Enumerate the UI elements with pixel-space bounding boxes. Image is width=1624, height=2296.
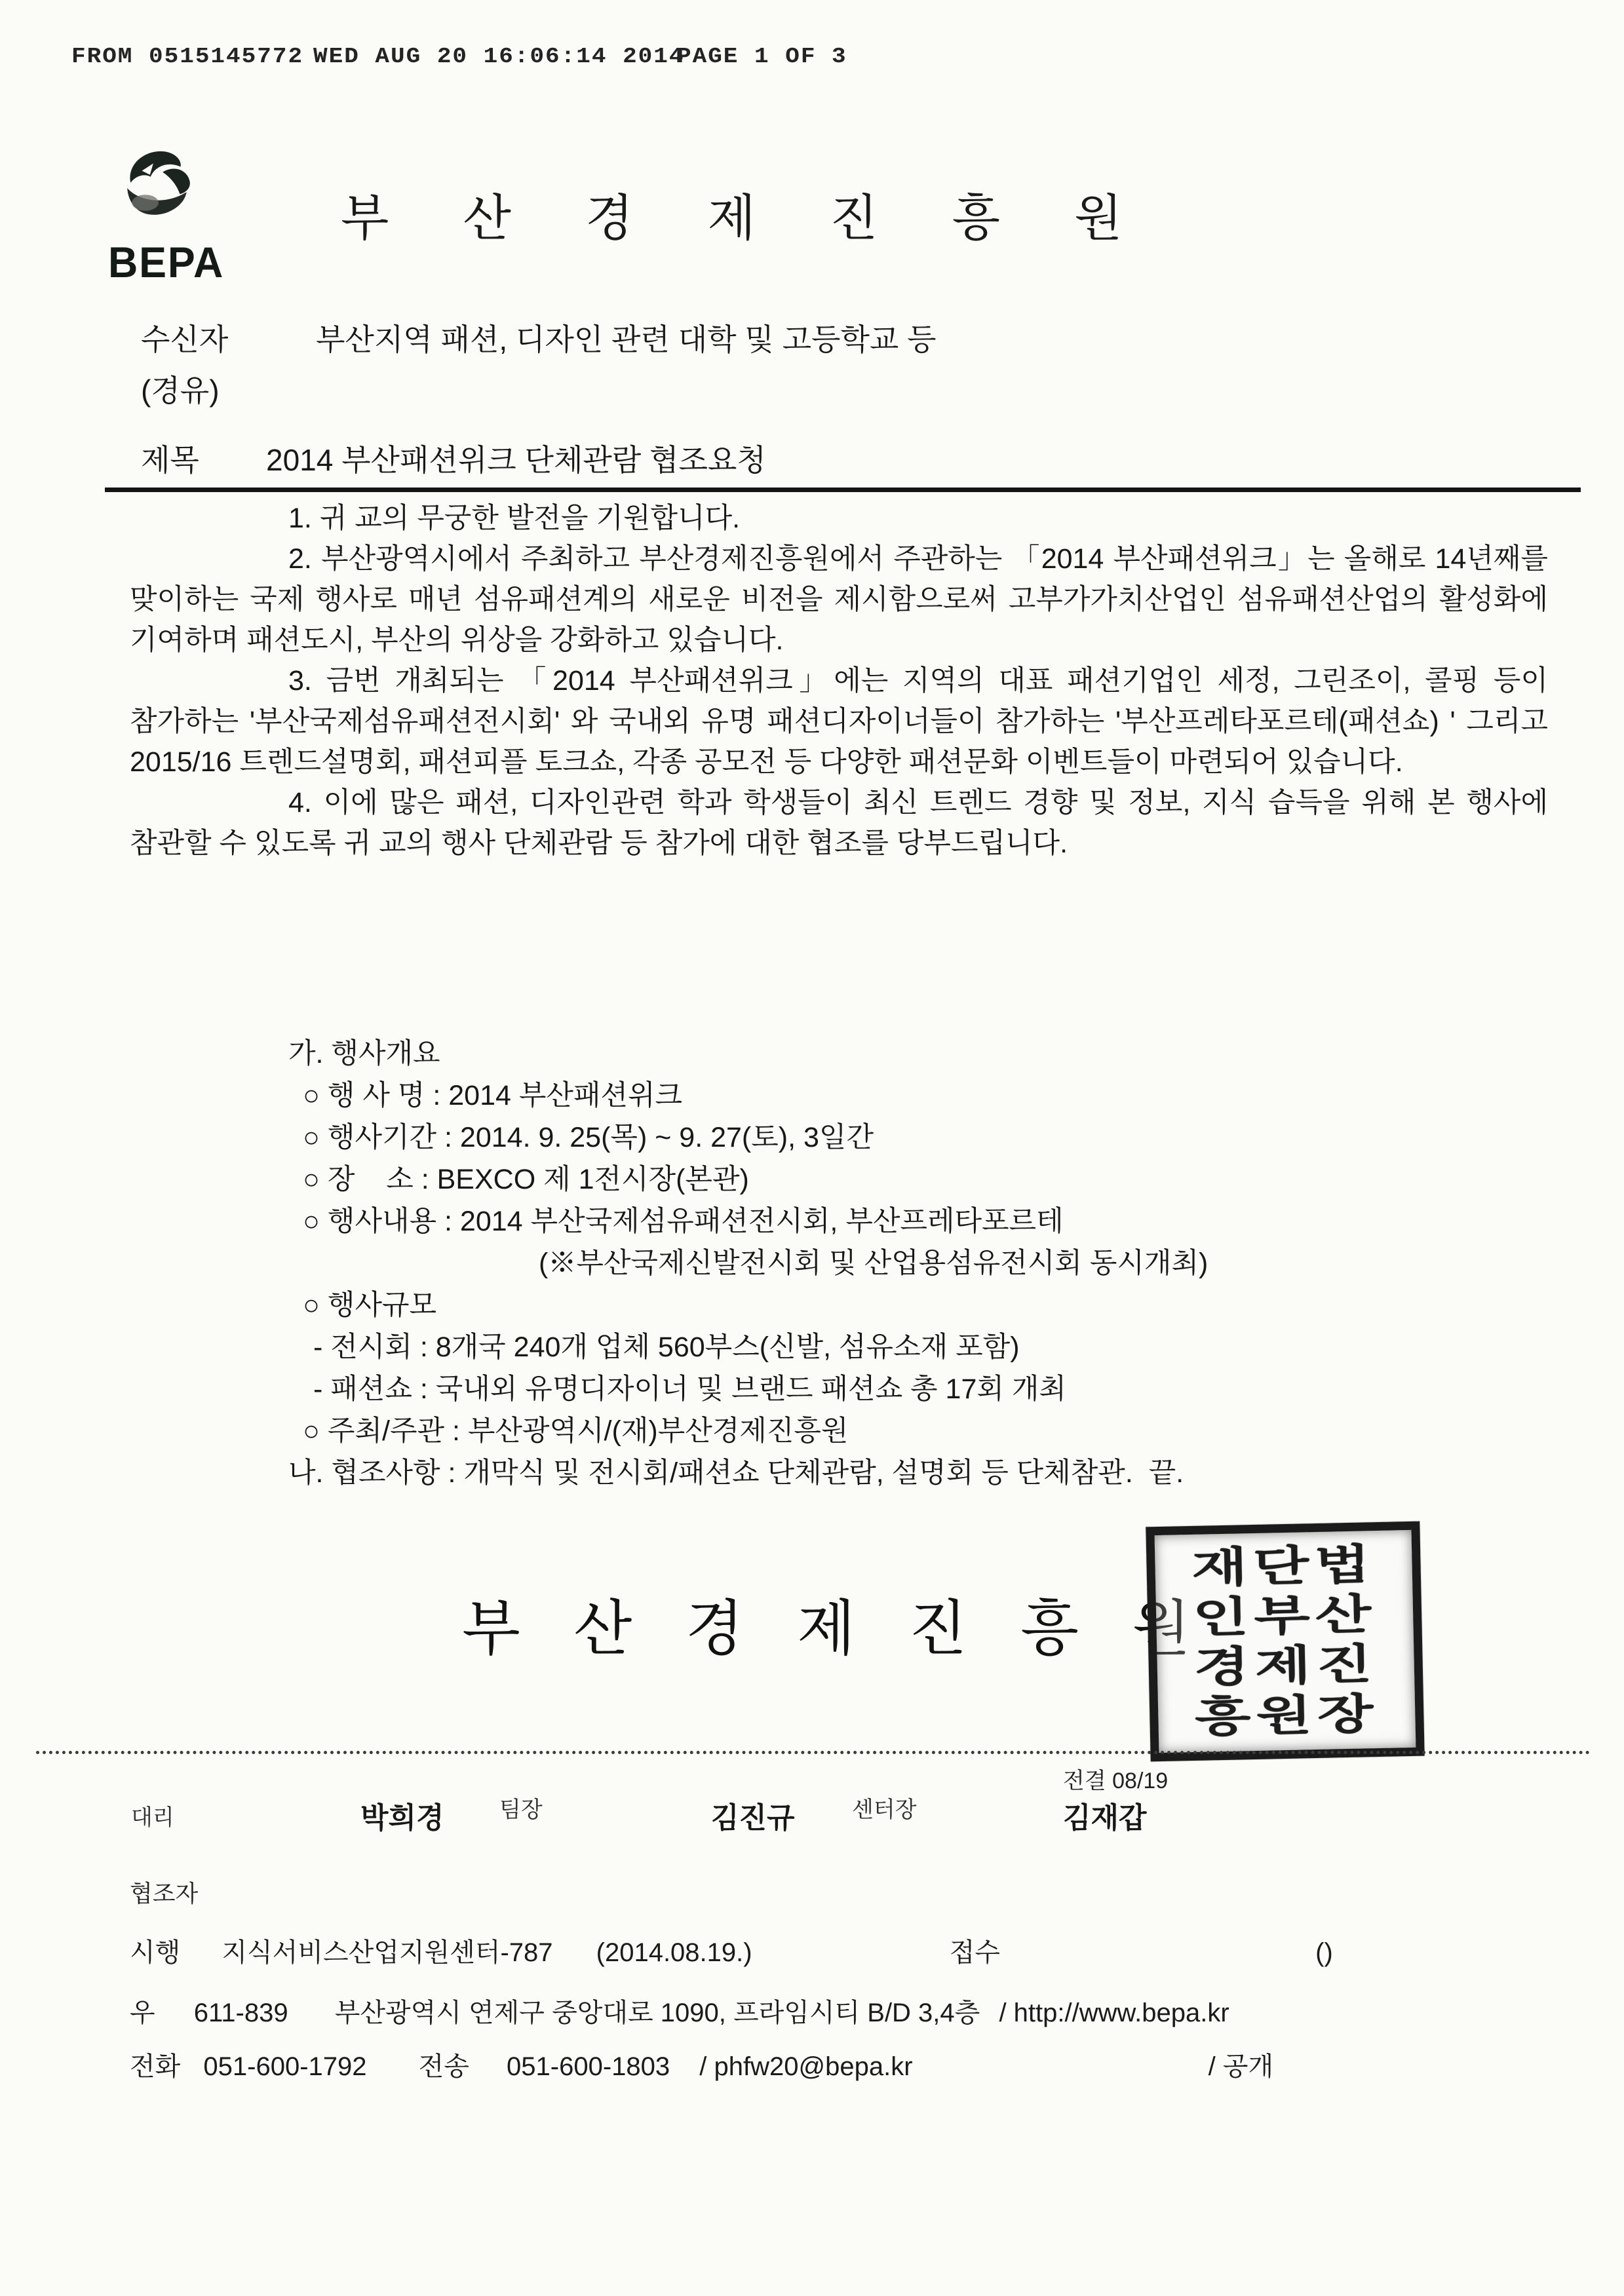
paragraph-2: 2. 부산광역시에서 주최하고 부산경제진흥원에서 주관하는 「2014 부산패… [130,539,1548,660]
letter-body: 1. 귀 교의 무궁한 발전을 기원합니다. 2. 부산광역시에서 주최하고 부… [130,498,1548,864]
role-name-park: 박희경 [360,1794,444,1836]
disclosure-label: / 공개 [1208,2046,1274,2083]
fax-datetime: WED AUG 20 16:06:14 2014 [313,45,684,69]
role-name-kim-jaegap: 김재갑 [1063,1794,1147,1836]
fax-number: 051-600-1803 [507,2052,670,2082]
scanned-fax-document: FROM 0515145772 WED AUG 20 16:06:14 2014… [0,0,1624,2296]
signature-org-name: 부 산 경 제 진 흥 원 [462,1580,1194,1667]
approval-note: 전결 08/19 [1063,1763,1168,1795]
phone-label: 전화 [130,2046,180,2083]
document-number: 지식서비스산업지원센터-787 [222,1932,552,1969]
role-title-timjang: 팀장 [499,1791,543,1824]
role-title-daeri: 대리 [131,1799,174,1831]
paragraph-4: 4. 이에 많은 패션, 디자인관련 학과 학생들이 최신 트렌드 경향 및 정… [130,782,1548,864]
via-label: (경유) [141,367,220,410]
approval-divider [36,1751,1591,1754]
subject-value: 2014 부산패션위크 단체관람 협조요청 [266,436,766,480]
document-date: (2014.08.19.) [596,1938,752,1968]
event-outline: 가. 행사개요 ○ 행 사 명 : 2014 부산패션위크 ○ 행사기간 : 2… [288,1033,1573,1494]
outline-host: ○ 주최/주관 : 부산광역시/(재)부산경제진흥원 [288,1410,1573,1452]
paragraph-3: 3. 금번 개최되는 「2014 부산패션위크」에는 지역의 대표 패션기업인 … [130,660,1548,782]
dispatch-row: 시행 지식서비스산업지원센터-787 (2014.08.19.) 접수 () [130,1932,1333,1969]
outline-fashion-show: - 패션쇼 : 국내외 유명디자이너 및 브랜드 패션쇼 총 17회 개최 [288,1368,1573,1410]
bepa-bird-icon [108,140,305,232]
outline-section-a: 가. 행사개요 [288,1033,1573,1075]
fax-page-count: PAGE 1 OF 3 [677,45,847,69]
org-address: 부산광역시 연제구 중앙대로 1090, 프라임시티 B/D 3,4층 [335,1992,980,2029]
outline-event-name: ○ 행 사 명 : 2014 부산패션위크 [288,1075,1573,1117]
phone-number: 051-600-1792 [203,2052,366,2082]
org-website: / http://www.bepa.kr [999,1999,1229,2028]
outline-event-content: ○ 행사내용 : 2014 부산국제섬유패션전시회, 부산프레타포르테 [288,1200,1573,1242]
dispatch-label: 시행 [130,1932,180,1969]
outline-event-period: ○ 행사기간 : 2014. 9. 25(목) ~ 9. 27(토), 3일간 [288,1117,1573,1158]
receipt-value: () [1315,1938,1333,1968]
bepa-logo: BEPA [108,140,305,287]
postal-code: 611-839 [194,1999,288,2028]
header-divider [105,488,1581,492]
cooperator-label: 협조자 [130,1875,198,1909]
role-title-center: 센터장 [852,1791,917,1824]
subject-label: 제목 [141,436,199,480]
address-row: 우 611-839 부산광역시 연제구 중앙대로 1090, 프라임시티 B/D… [130,1992,1229,2029]
postal-label: 우 [130,1992,155,2029]
contact-row: 전화 051-600-1792 전송 051-600-1803 / phfw20… [130,2046,1273,2083]
outline-event-note: (※부산국제신발전시회 및 산업용섬유전시회 동시개최) [288,1242,1573,1284]
role-name-kim-jingyu: 김진규 [711,1794,795,1836]
outline-event-venue: ○ 장 소 : BEXCO 제 1전시장(본관) [288,1158,1573,1200]
outline-exhibition: - 전시회 : 8개국 240개 업체 560부스(신발, 섬유소재 포함) [288,1326,1573,1368]
email-address: / phfw20@bepa.kr [699,2052,912,2082]
fax-from-number: FROM 0515145772 [71,45,303,69]
bepa-logo-acronym: BEPA [108,237,295,287]
outline-event-scale: ○ 행사규모 [288,1284,1573,1326]
org-title: 부 산 경 제 진 흥 원 [341,178,1123,250]
receipt-label: 접수 [950,1932,1000,1969]
recipient-label: 수신자 [141,316,228,359]
outline-section-b: 나. 협조사항 : 개막식 및 전시회/패션쇼 단체관람, 설명회 등 단체참관… [288,1452,1573,1494]
corporate-seal-text: 재단법인부산경제진흥원장 [1188,1540,1383,1743]
corporate-seal: 재단법인부산경제진흥원장 [1146,1521,1424,1762]
approval-roles: 대리 박희경 팀장 김진규 센터장 김재갑 [0,1791,1624,1837]
recipient-value: 부산지역 패션, 디자인 관련 대학 및 고등학교 등 [316,316,937,359]
fax-label: 전송 [419,2046,469,2083]
paragraph-1: 1. 귀 교의 무궁한 발전을 기원합니다. [130,498,1548,539]
